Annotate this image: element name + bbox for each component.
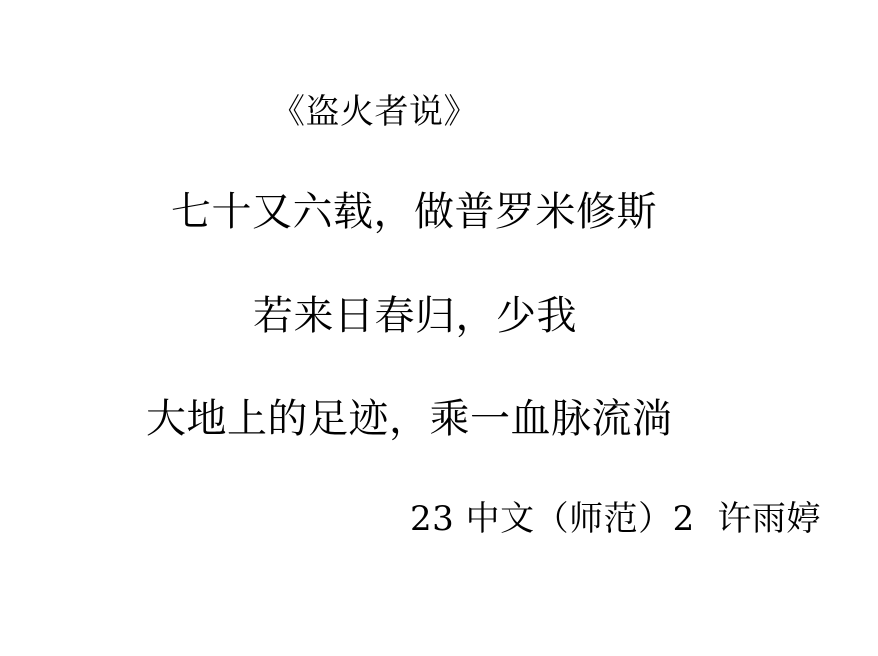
poem-attribution: 23 中文（师范）2 许雨婷: [410, 502, 821, 536]
poem-line-1: 七十又六载，做普罗米修斯: [171, 192, 657, 232]
poem-line-3: 大地上的足迹，乘一血脉流淌: [146, 399, 673, 439]
poem-line-2: 若来日春归，少我: [253, 296, 577, 336]
poem-title: 《盗火者说》: [271, 95, 478, 129]
document-page: 《盗火者说》 七十又六载，做普罗米修斯 若来日春归，少我 大地上的足迹，乘一血脉…: [0, 0, 878, 656]
